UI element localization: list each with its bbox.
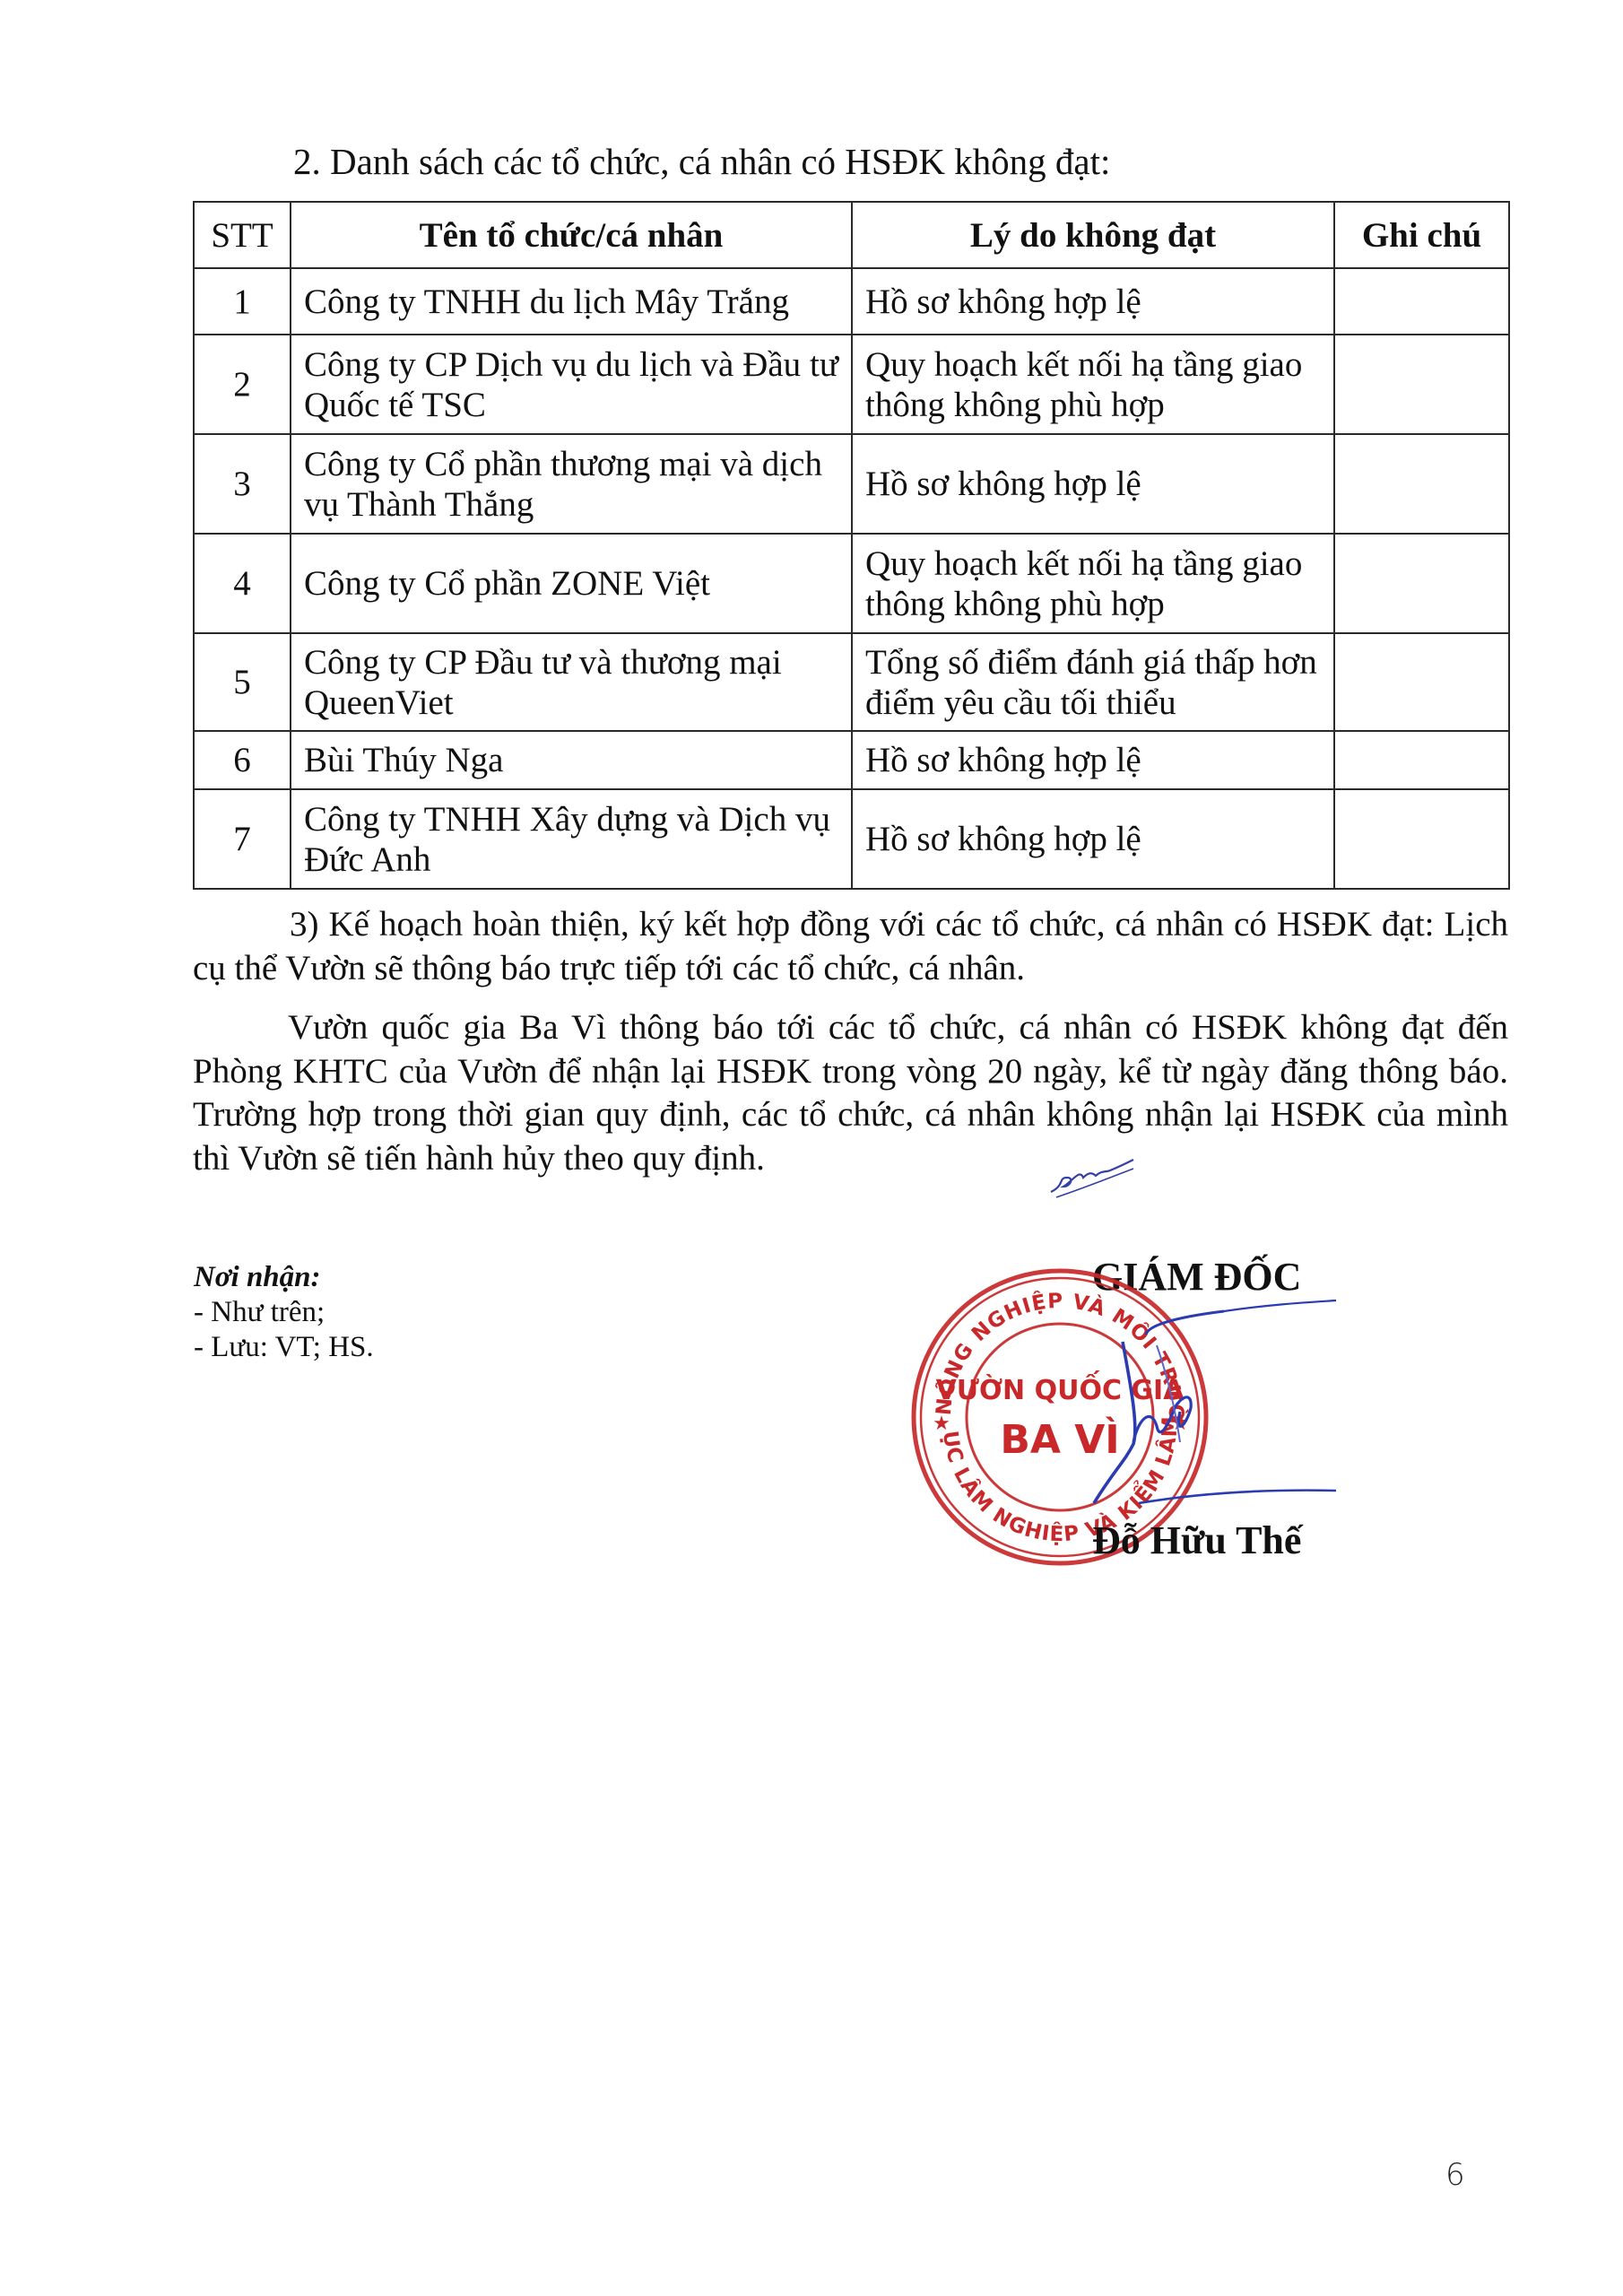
table-row: 2 Công ty CP Dịch vụ du lịch và Đầu tư Q…	[194, 335, 1509, 434]
plan-paragraph: 3) Kế hoạch hoàn thiện, ký kết hợp đồng …	[193, 903, 1508, 990]
recipients-block: Nơi nhận: - Như trên; - Lưu: VT; HS.	[194, 1260, 374, 1365]
stamp-star-left-icon: ★	[933, 1413, 950, 1435]
cell-stt: 7	[194, 789, 291, 889]
cell-name: Công ty Cổ phần ZONE Việt	[291, 534, 852, 633]
cell-note	[1334, 633, 1509, 731]
cell-name: Công ty CP Đầu tư và thương mại QueenVie…	[291, 633, 852, 731]
recipients-title: Nơi nhận:	[194, 1260, 374, 1295]
cell-note	[1334, 534, 1509, 633]
cell-note	[1334, 268, 1509, 335]
plan-text: 3) Kế hoạch hoàn thiện, ký kết hợp đồng …	[193, 905, 1508, 987]
director-signature-icon	[1040, 1291, 1345, 1525]
rejected-applicants-table: STT Tên tổ chức/cá nhân Lý do không đạt …	[193, 201, 1510, 890]
cell-name: Công ty TNHH du lịch Mây Trắng	[291, 268, 852, 335]
signer-name: Đỗ Hữu Thế	[1092, 1518, 1301, 1563]
page-number: 6	[1445, 2157, 1465, 2193]
cell-stt: 1	[194, 268, 291, 335]
cell-reason: Hồ sơ không hợp lệ	[852, 268, 1334, 335]
section-heading: 2. Danh sách các tổ chức, cá nhân có HSĐ…	[293, 140, 1110, 183]
recipient-item: - Như trên;	[194, 1295, 374, 1330]
notice-paragraph: Vườn quốc gia Ba Vì thông báo tới các tổ…	[193, 1006, 1508, 1180]
table-row: 1 Công ty TNHH du lịch Mây Trắng Hồ sơ k…	[194, 268, 1509, 335]
cell-name: Công ty Cổ phần thương mại và dịch vụ Th…	[291, 434, 852, 534]
recipient-item: - Lưu: VT; HS.	[194, 1330, 374, 1365]
cell-reason: Tổng số điểm đánh giá thấp hơn điểm yêu …	[852, 633, 1334, 731]
cell-note	[1334, 731, 1509, 789]
cell-reason: Hồ sơ không hợp lệ	[852, 434, 1334, 534]
notice-text: Vườn quốc gia Ba Vì thông báo tới các tổ…	[193, 1008, 1508, 1178]
cell-stt: 5	[194, 633, 291, 731]
cell-note	[1334, 335, 1509, 434]
cell-note	[1334, 434, 1509, 534]
cell-stt: 4	[194, 534, 291, 633]
table-row: 4 Công ty Cổ phần ZONE Việt Quy hoạch kế…	[194, 534, 1509, 633]
table-row: 3 Công ty Cổ phần thương mại và dịch vụ …	[194, 434, 1509, 534]
table-row: 7 Công ty TNHH Xây dựng và Dịch vụ Đức A…	[194, 789, 1509, 889]
header-reason: Lý do không đạt	[852, 202, 1334, 268]
table-row: 5 Công ty CP Đầu tư và thương mại QueenV…	[194, 633, 1509, 731]
cell-stt: 2	[194, 335, 291, 434]
table-header-row: STT Tên tổ chức/cá nhân Lý do không đạt …	[194, 202, 1509, 268]
cell-name: Công ty TNHH Xây dựng và Dịch vụ Đức Anh	[291, 789, 852, 889]
cell-reason: Hồ sơ không hợp lệ	[852, 731, 1334, 789]
cell-reason: Quy hoạch kết nối hạ tầng giao thông khô…	[852, 534, 1334, 633]
table-row: 6 Bùi Thúy Nga Hồ sơ không hợp lệ	[194, 731, 1509, 789]
cell-reason: Quy hoạch kết nối hạ tầng giao thông khô…	[852, 335, 1334, 434]
cell-stt: 3	[194, 434, 291, 534]
cell-stt: 6	[194, 731, 291, 789]
cell-name: Công ty CP Dịch vụ du lịch và Đầu tư Quố…	[291, 335, 852, 434]
header-stt: STT	[194, 202, 291, 268]
header-name: Tên tổ chức/cá nhân	[291, 202, 852, 268]
cell-name: Bùi Thúy Nga	[291, 731, 852, 789]
cell-reason: Hồ sơ không hợp lệ	[852, 789, 1334, 889]
initials-signature-icon	[1047, 1151, 1137, 1200]
cell-note	[1334, 789, 1509, 889]
header-note: Ghi chú	[1334, 202, 1509, 268]
